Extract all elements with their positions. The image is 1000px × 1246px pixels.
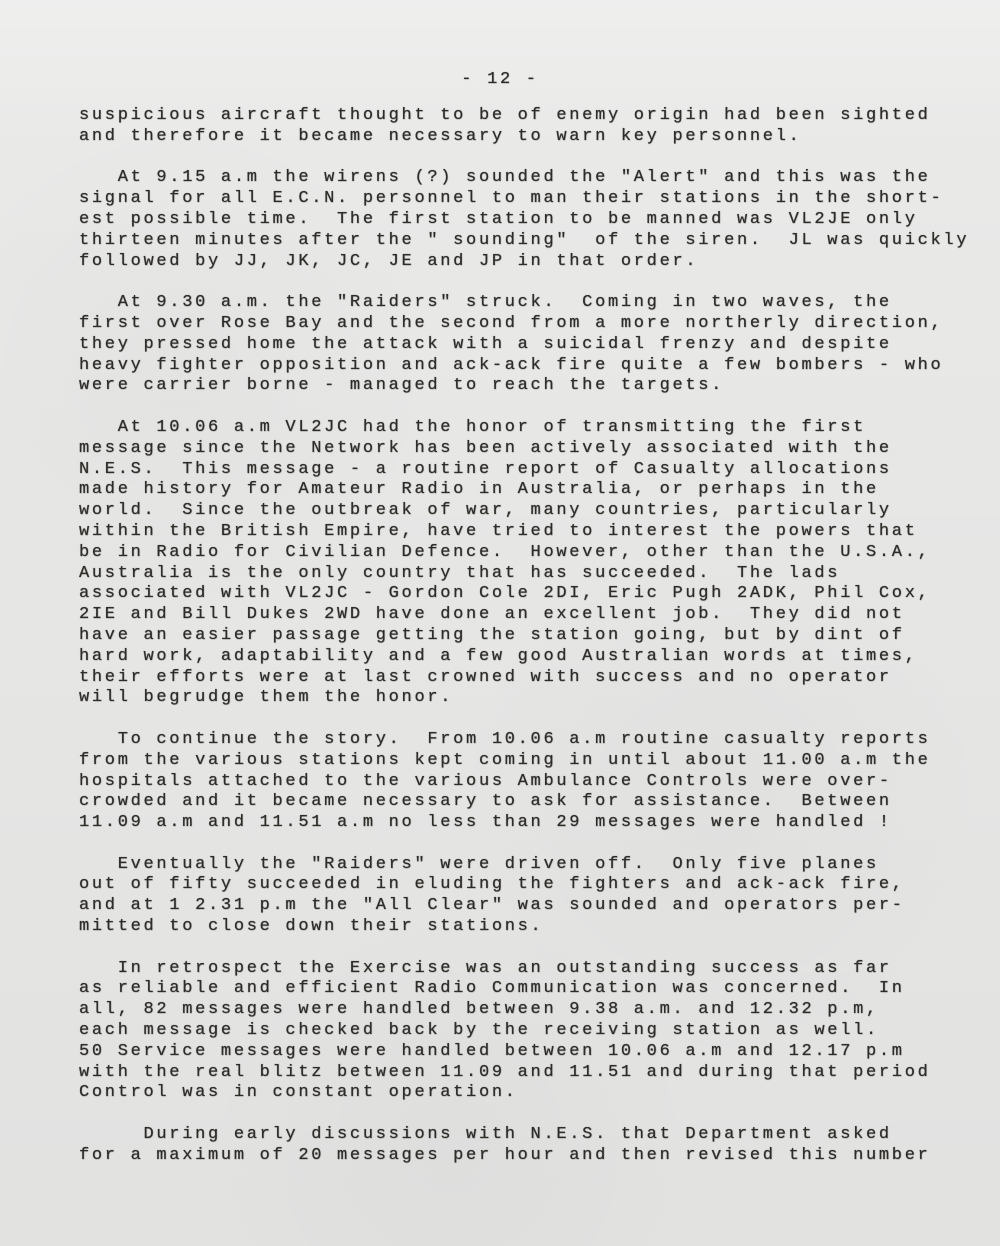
paragraph-first-message: At 10.06 a.m VL2JC had the honor of tran… <box>79 418 984 709</box>
paragraph-nes-discussions: During early discussions with N.E.S. tha… <box>79 1125 984 1167</box>
page-number: - 12 - <box>0 70 1000 91</box>
scanned-document-page: - 12 - suspicious aircraft thought to be… <box>0 0 1000 1246</box>
paragraph-alert: At 9.15 a.m the wirens (?) sounded the "… <box>79 168 984 272</box>
paragraph-raiders-strike: At 9.30 a.m. the "Raiders" struck. Comin… <box>79 293 984 397</box>
paragraph-retrospect: In retrospect the Exercise was an outsta… <box>79 959 984 1105</box>
paragraph-sighting: suspicious aircraft thought to be of ene… <box>79 106 984 148</box>
paragraph-casualty-reports: To continue the story. From 10.06 a.m ro… <box>79 730 984 834</box>
page-body: suspicious aircraft thought to be of ene… <box>79 106 984 1187</box>
paragraph-all-clear: Eventually the "Raiders" were driven off… <box>79 855 984 938</box>
